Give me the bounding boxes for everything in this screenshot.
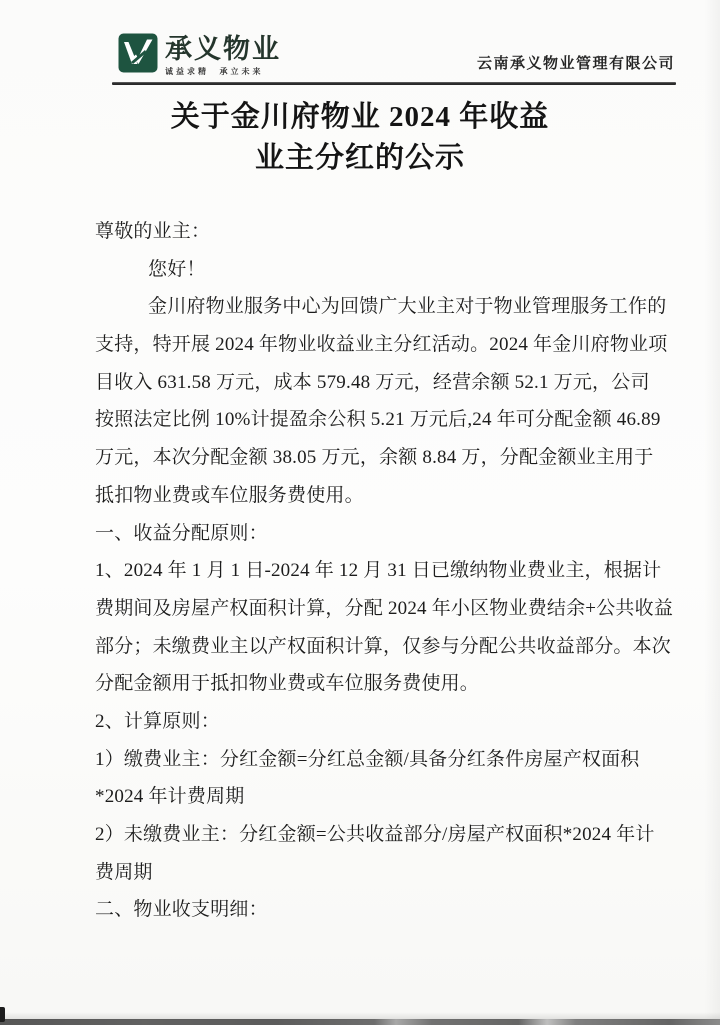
company-full-name: 云南承义物业管理有限公司 (477, 52, 675, 73)
document-line: 金川府物业服务中心为回馈广大业主对于物业管理服务工作的 (95, 288, 637, 326)
document-line: 1）缴费业主：分红金额=分红总金额/具备分红条件房屋产权面积 (95, 741, 637, 779)
document-line: 费周期 (95, 854, 637, 892)
document-line: 按照法定比例 10%计提盈余公积 5.21 万元后,24 年可分配金额 46.8… (95, 401, 637, 439)
document-title-line1: 关于金川府物业 2024 年收益 (0, 97, 720, 138)
document-line: 1、2024 年 1 月 1 日-2024 年 12 月 31 日已缴纳物业费业… (95, 552, 637, 590)
document-line: *2024 年计费周期 (95, 778, 637, 816)
document-line: 万元，本次分配金额 38.05 万元，余额 8.84 万，分配金额业主用于 (95, 439, 637, 477)
document-line: 部分；未缴费业主以产权面积计算，仅参与分配公共收益部分。本次 (95, 628, 637, 666)
document-line: 二、物业收支明细： (95, 891, 637, 929)
scan-corner-mark (0, 1007, 5, 1022)
document-line: 您好！ (95, 251, 637, 289)
document-line: 一、收益分配原则： (95, 515, 637, 553)
scanned-document-page: 承义物业 诚益求精 承立未来 云南承义物业管理有限公司 关于金川府物业 2024… (0, 0, 720, 1025)
document-line: 分配金额用于抵扣物业费或车位服务费使用。 (95, 665, 637, 703)
document-body: 尊敬的业主：您好！金川府物业服务中心为回馈广大业主对于物业管理服务工作的支持，特… (95, 213, 637, 929)
company-logo: 承义物业 诚益求精 承立未来 (118, 33, 281, 77)
letterhead-divider (112, 82, 676, 85)
brand-name: 承义物业 (165, 34, 281, 64)
document-line: 尊敬的业主： (95, 213, 637, 251)
brand-tagline: 诚益求精 承立未来 (165, 66, 281, 77)
chengyi-logo-icon (118, 33, 158, 73)
document-line: 抵扣物业费或车位服务费使用。 (95, 477, 637, 515)
logo-text-column: 承义物业 诚益求精 承立未来 (165, 33, 281, 77)
letterhead: 承义物业 诚益求精 承立未来 云南承义物业管理有限公司 (0, 0, 720, 90)
document-title: 关于金川府物业 2024 年收益 业主分红的公示 (0, 97, 720, 179)
document-line: 2、计算原则： (95, 703, 637, 741)
document-line: 费期间及房屋产权面积计算，分配 2024 年小区物业费结余+公共收益 (95, 590, 637, 628)
document-line: 支持，特开展 2024 年物业收益业主分红活动。2024 年金川府物业项 (95, 326, 637, 364)
document-line: 目收入 631.58 万元，成本 579.48 万元，经营余额 52.1 万元，… (95, 364, 637, 402)
scan-bottom-edge (0, 1019, 720, 1025)
document-title-line2: 业主分红的公示 (0, 138, 720, 179)
document-line: 2）未缴费业主：分红金额=公共收益部分/房屋产权面积*2024 年计 (95, 816, 637, 854)
